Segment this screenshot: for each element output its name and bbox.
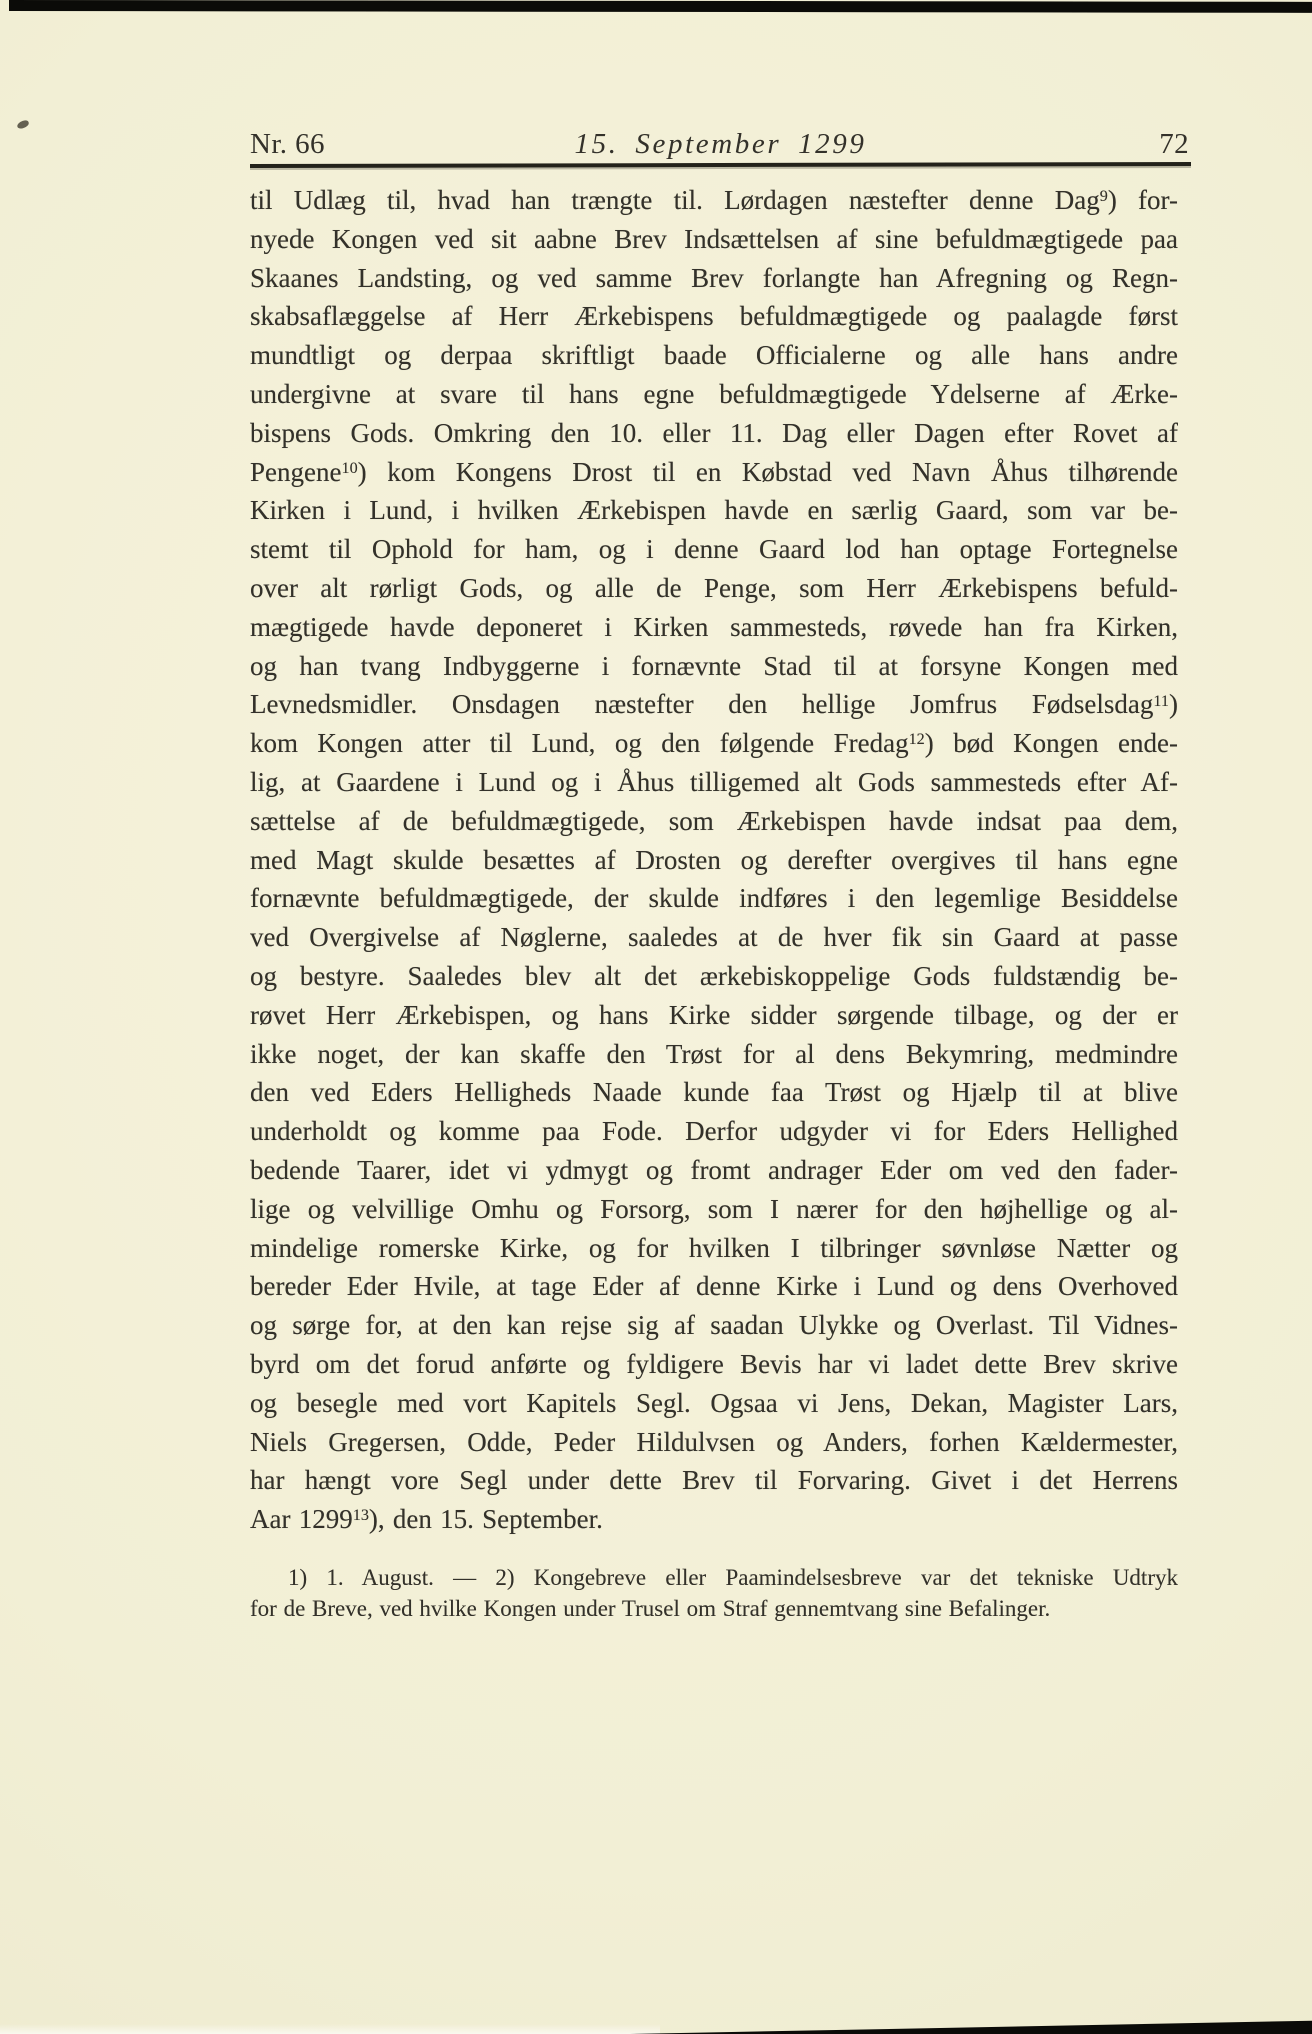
body-text: til Udlæg til, hvad han trængte til. Lør… xyxy=(250,181,1178,1539)
body-text-line: Skaanes Landsting, og ved samme Brev for… xyxy=(250,259,1178,298)
paper-edge-fade xyxy=(0,2024,660,2034)
body-text-line: til Udlæg til, hvad han trængte til. Lør… xyxy=(250,181,1178,220)
body-text-line: lig, at Gaardene i Lund og i Åhus tillig… xyxy=(250,763,1178,802)
body-text-line: fornævnte befuldmægtigede, der skulde in… xyxy=(250,879,1178,918)
header-rule xyxy=(250,162,1191,168)
body-text-line: Kirken i Lund, i hvilken Ærkebispen havd… xyxy=(250,491,1178,530)
body-text-line: og han tvang Indbyggerne i fornævnte Sta… xyxy=(250,647,1178,686)
body-text-line: skabsaflæggelse af Herr Ærkebispens befu… xyxy=(250,297,1178,336)
body-text-line: og bestyre. Saaledes blev alt det ærkebi… xyxy=(250,957,1178,996)
footnote-reference: 11 xyxy=(1153,692,1169,710)
page-header: Nr. 66 15. September 1299 72 xyxy=(250,128,1191,164)
scan-edge-bar-bottom xyxy=(630,2017,1312,2034)
body-text-line: bedende Taarer, idet vi ydmygt og fromt … xyxy=(250,1151,1178,1190)
body-text-line: ved Overgivelse af Nøglerne, saaledes at… xyxy=(250,918,1178,957)
body-text-line: og sørge for, at den kan rejse sig af sa… xyxy=(250,1306,1178,1345)
body-text-line: mægtigede havde deponeret i Kirken samme… xyxy=(250,608,1178,647)
body-text-line: mindelige romerske Kirke, og for hvilken… xyxy=(250,1229,1178,1268)
scanned-book-page: Nr. 66 15. September 1299 72 til Udlæg t… xyxy=(0,0,1312,2034)
body-text-line: Aar 129913), den 15. September. xyxy=(250,1500,1178,1539)
body-text-line: har hængt vore Segl under dette Brev til… xyxy=(250,1461,1178,1500)
body-text-line: underholdt og komme paa Fode. Derfor udg… xyxy=(250,1112,1178,1151)
footnote-line: 1) 1. August. — 2) Kongebreve eller Paam… xyxy=(250,1563,1178,1594)
body-text-line: med Magt skulde besættes af Drosten og d… xyxy=(250,841,1178,880)
body-text-line: bispens Gods. Omkring den 10. eller 11. … xyxy=(250,414,1178,453)
footnote-line: for de Breve, ved hvilke Kongen under Tr… xyxy=(250,1594,1178,1625)
body-text-line: den ved Eders Helligheds Naade kunde faa… xyxy=(250,1073,1178,1112)
page-number: 72 xyxy=(1159,128,1189,161)
body-text-line: ikke noget, der kan skaffe den Trøst for… xyxy=(250,1035,1178,1074)
header-date-title: 15. September 1299 xyxy=(250,128,1191,161)
footnote-reference: 10 xyxy=(341,459,357,477)
body-text-line: Pengene10) kom Kongens Drost til en Købs… xyxy=(250,453,1178,492)
footnotes: 1) 1. August. — 2) Kongebreve eller Paam… xyxy=(250,1563,1178,1624)
footnote-reference: 9 xyxy=(1100,187,1108,205)
body-text-line: over alt rørligt Gods, og alle de Penge,… xyxy=(250,569,1178,608)
body-text-line: lige og velvillige Omhu og Forsorg, som … xyxy=(250,1190,1178,1229)
body-text-line: kom Kongen atter til Lund, og den følgen… xyxy=(250,724,1178,763)
body-text-line: og besegle med vort Kapitels Segl. Ogsaa… xyxy=(250,1384,1178,1423)
body-text-line: Niels Gregersen, Odde, Peder Hildulvsen … xyxy=(250,1423,1178,1462)
body-text-line: undergivne at svare til hans egne befuld… xyxy=(250,375,1178,414)
footnote-reference: 13 xyxy=(353,1506,369,1524)
ink-speck xyxy=(16,119,30,129)
scan-edge-bar-top xyxy=(9,0,1312,13)
body-text-line: sættelse af de befuldmægtigede, som Ærke… xyxy=(250,802,1178,841)
body-text-line: nyede Kongen ved sit aabne Brev Indsætte… xyxy=(250,220,1178,259)
footnote-reference: 12 xyxy=(909,730,925,748)
body-text-line: byrd om det forud anførte og fyldigere B… xyxy=(250,1345,1178,1384)
body-text-line: stemt til Ophold for ham, og i denne Gaa… xyxy=(250,530,1178,569)
body-text-line: røvet Herr Ærkebispen, og hans Kirke sid… xyxy=(250,996,1178,1035)
body-text-line: bereder Eder Hvile, at tage Eder af denn… xyxy=(250,1267,1178,1306)
body-text-line: mundtligt og derpaa skriftligt baade Off… xyxy=(250,336,1178,375)
body-text-line: Levnedsmidler. Onsdagen næstefter den he… xyxy=(250,685,1178,724)
